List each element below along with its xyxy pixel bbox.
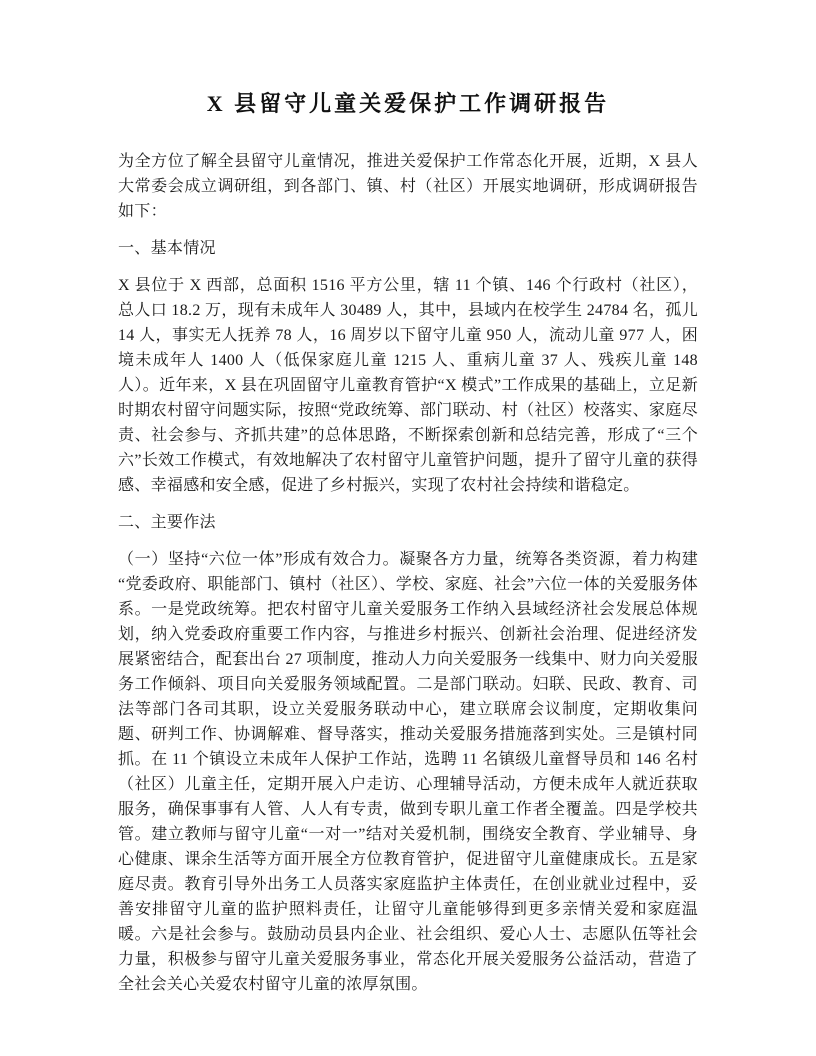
main-practices-paragraph: （一）坚持“六位一体”形成有效合力。凝聚各方力量，统筹各类资源，着力构建“党委政… [118,547,698,997]
document-title: X 县留守儿童关爱保护工作调研报告 [118,90,698,118]
section-heading-basic-situation: 一、基本情况 [118,236,698,261]
basic-situation-paragraph: X 县位于 X 西部，总面积 1516 平方公里，辖 11 个镇、146 个行政… [118,273,698,498]
intro-paragraph: 为全方位了解全县留守儿童情况，推进关爱保护工作常态化开展，近期，X 县人大常委会… [118,149,698,224]
document-page: X 县留守儿童关爱保护工作调研报告 为全方位了解全县留守儿童情况，推进关爱保护工… [0,0,816,1056]
section-heading-main-practices: 二、主要作法 [118,510,698,535]
